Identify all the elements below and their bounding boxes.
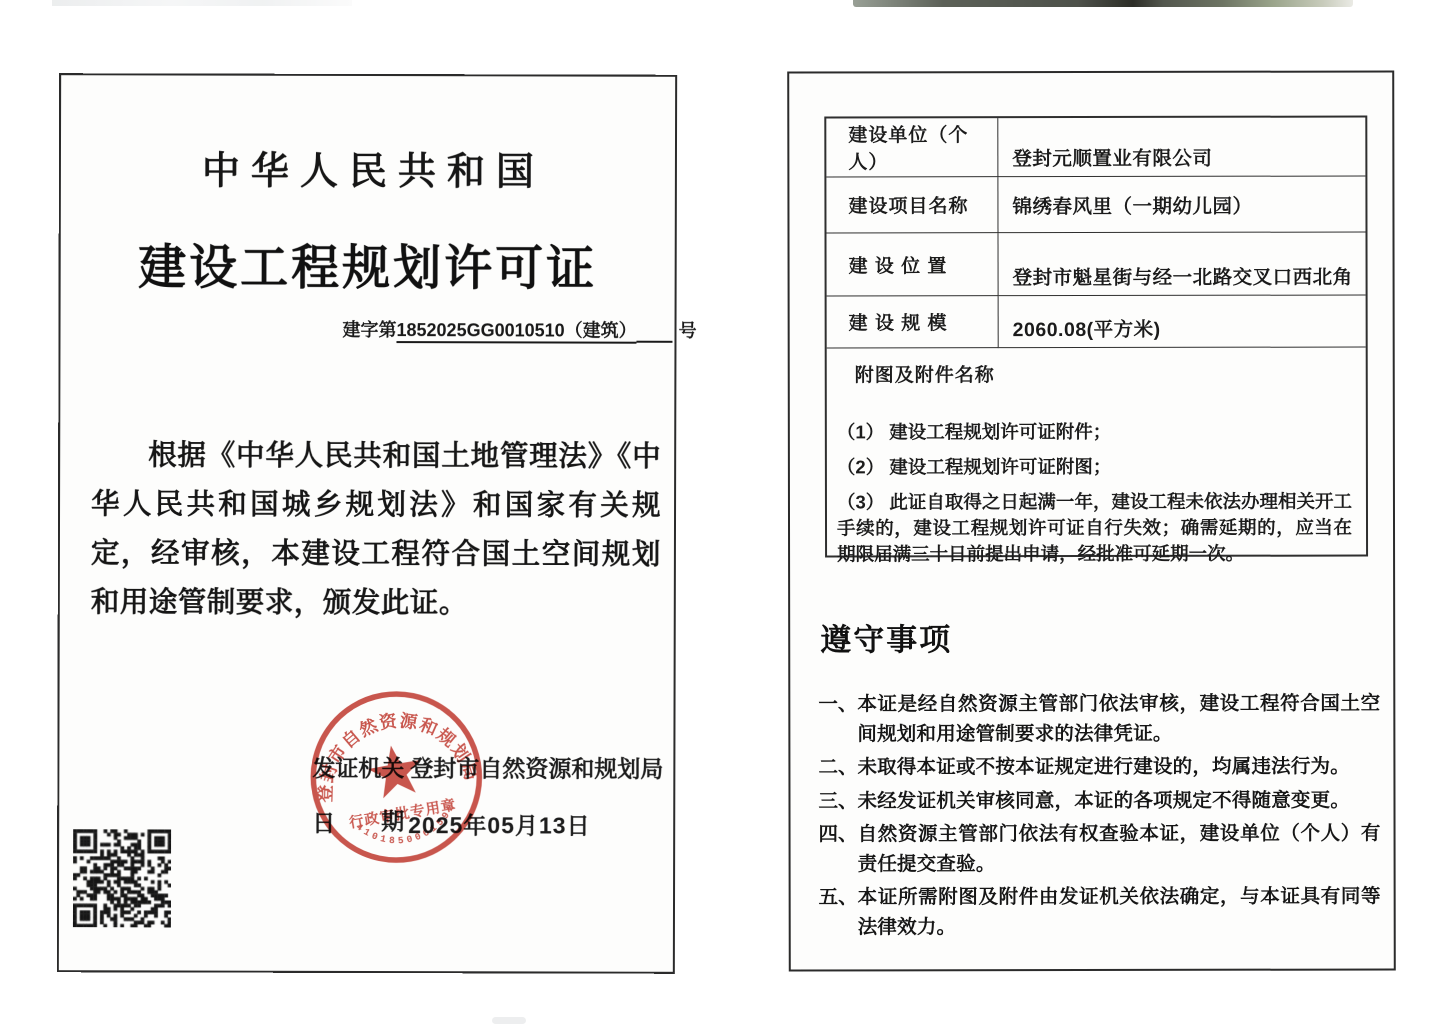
item-number: 一、 <box>818 690 857 749</box>
table-value-project: 锦绣春风里（一期幼儿园） <box>998 177 1365 234</box>
scanner-edge-artifact <box>853 0 1353 7</box>
permit-number: 1852025GG0010510（建筑） <box>396 320 636 344</box>
certificate-details-page: 建设单位（个人） 登封元顺置业有限公司 建设项目名称 锦绣春风里（一期幼儿园） … <box>787 70 1396 971</box>
qr-code <box>73 829 171 927</box>
table-label-scale: 建 设 规 模 <box>827 296 999 348</box>
country-heading: 中华人民共和国 <box>61 139 675 196</box>
compliance-item: 二、 未取得本证或不按本证规定进行建设的，均属违法行为。 <box>818 752 1380 782</box>
issue-date: 2025年05月13日 <box>408 807 590 840</box>
attachment-item-3: （3） 此证自取得之日起满一年，建设工程未依法办理相关开工手续的，建设工程规划许… <box>837 489 1352 568</box>
permit-number-line: 建字第1852025GG0010510（建筑）号 <box>342 316 696 343</box>
date-label-part2: 期 <box>381 803 404 836</box>
item-text: 本证是经自然资源主管部门依法审核，建设工程符合国土空间规划和用途管制要求的法律凭… <box>857 689 1380 749</box>
compliance-item: 一、 本证是经自然资源主管部门依法审核，建设工程符合国土空间规划和用途管制要求的… <box>818 689 1380 749</box>
table-label-unit: 建设单位（个人） <box>826 118 998 177</box>
compliance-title: 遵守事项 <box>820 614 952 659</box>
certificate-body-text: 根据《中华人民共和国土地管理法》《中华人民共和国城乡规划法》和国家有关规定，经审… <box>91 431 662 628</box>
item-number: 四、 <box>819 820 858 879</box>
qr-code-canvas <box>73 829 171 927</box>
certificate-cover-page: 中华人民共和国 建设工程规划许可证 建字第1852025GG0010510（建筑… <box>57 73 677 974</box>
project-info-table: 建设单位（个人） 登封元顺置业有限公司 建设项目名称 锦绣春风里（一期幼儿园） … <box>824 116 1368 558</box>
table-value-location: 登封市魁星街与经一北路交叉口西北角 <box>998 233 1365 297</box>
date-label-part1: 日 <box>312 805 335 838</box>
issuer-line: 发证机关登封市自然资源和规划局 <box>312 750 663 784</box>
item-number: 五、 <box>819 883 858 942</box>
item-text: 未经发证机关审核同意，本证的各项规定不得随意变更。 <box>857 786 1380 816</box>
attachment-item-2: （2） 建设工程规划许可证附图； <box>837 454 1352 481</box>
scanned-document: { "theme": { "ink": "#1d1d1d", "seal_red… <box>0 0 1440 1031</box>
compliance-item: 四、 自然资源主管部门依法有权查验本证，建设单位（个人）有责任提交查验。 <box>819 819 1381 879</box>
attachment-item-1: （1） 建设工程规划许可证附件； <box>837 419 1352 446</box>
attachments-title: 附图及附件名称 <box>837 360 1352 388</box>
issuer-value: 登封市自然资源和规划局 <box>410 755 663 782</box>
permit-number-suffix: 号 <box>679 321 697 341</box>
table-label-project: 建设项目名称 <box>826 177 998 233</box>
compliance-list: 一、 本证是经自然资源主管部门依法审核，建设工程符合国土空间规划和用途管制要求的… <box>818 689 1380 946</box>
item-text: 自然资源主管部门依法有权查验本证，建设单位（个人）有责任提交查验。 <box>858 819 1381 879</box>
issuer-label: 发证机关 <box>312 755 404 781</box>
compliance-item: 三、 未经发证机关审核同意，本证的各项规定不得随意变更。 <box>818 786 1380 816</box>
attachments-section: 附图及附件名称 （1） 建设工程规划许可证附件； （2） 建设工程规划许可证附图… <box>827 348 1366 587</box>
permit-number-underline-gap <box>637 323 673 343</box>
scan-smudge <box>52 0 352 6</box>
item-number: 二、 <box>818 753 857 783</box>
item-number: 三、 <box>818 787 857 817</box>
item-text: 本证所需附图及附件由发证机关依法确定，与本证具有同等法律效力。 <box>858 882 1381 942</box>
scan-smudge <box>492 1017 526 1024</box>
table-label-location: 建 设 位 置 <box>826 233 998 296</box>
certificate-title: 建设工程规划许可证 <box>61 228 675 299</box>
compliance-item: 五、 本证所需附图及附件由发证机关依法确定，与本证具有同等法律效力。 <box>819 882 1381 942</box>
table-value-unit: 登封元顺置业有限公司 <box>998 118 1365 178</box>
table-value-scale: 2060.08(平方米) <box>999 296 1366 349</box>
item-text: 未取得本证或不按本证规定进行建设的，均属违法行为。 <box>857 752 1380 782</box>
permit-number-prefix: 建字第 <box>342 320 396 340</box>
